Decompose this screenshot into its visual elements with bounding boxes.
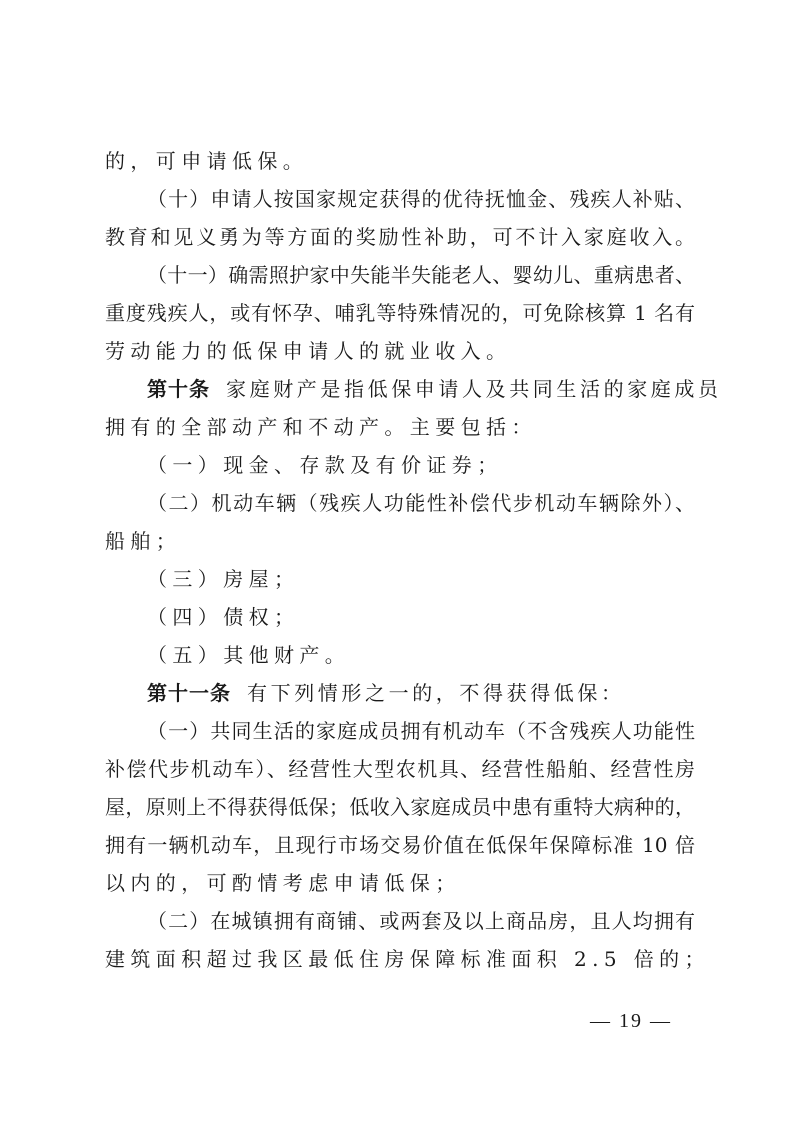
paragraph-line: 拥有一辆机动车，且现行市场交易价值在低保年保障标准 10 倍 xyxy=(105,832,695,858)
paragraph-line: 建筑面积超过我区最低住房保障标准面积 2.5 倍的； xyxy=(105,946,695,972)
list-item: （二）机动车辆（残疾人功能性补偿代步机动车辆除外）、 xyxy=(105,490,695,516)
document-page: 的，可申请低保。 （十）申请人按国家规定获得的优待抚恤金、残疾人补贴、 教育和见… xyxy=(0,0,793,1122)
list-item: （二）在城镇拥有商铺、或两套及以上商品房，且人均拥有 xyxy=(105,908,695,934)
paragraph-line: 拥有的全部动产和不动产。主要包括： xyxy=(105,414,695,440)
article-text: 有下列情形之一的，不得获得低保： xyxy=(247,681,625,705)
list-item: （三）房屋； xyxy=(105,566,695,592)
paragraph-line: （十）申请人按国家规定获得的优待抚恤金、残疾人补贴、 xyxy=(105,186,695,212)
article-10-line: 第十条家庭财产是指低保申请人及共同生活的家庭成员 xyxy=(105,376,695,402)
list-item: （四）债权； xyxy=(105,604,695,630)
list-item: （一）共同生活的家庭成员拥有机动车（不含残疾人功能性 xyxy=(105,718,695,744)
paragraph-line: 教育和见义勇为等方面的奖励性补助，可不计入家庭收入。 xyxy=(105,224,695,250)
article-heading: 第十一条 xyxy=(147,681,231,705)
paragraph-line: 以内的，可酌情考虑申请低保； xyxy=(105,870,695,896)
paragraph-line: （十一）确需照护家中失能半失能老人、婴幼儿、重病患者、 xyxy=(105,262,695,288)
article-text: 家庭财产是指低保申请人及共同生活的家庭成员 xyxy=(226,377,722,401)
paragraph-line: 的，可申请低保。 xyxy=(105,148,695,174)
paragraph-line: 劳动能力的低保申请人的就业收入。 xyxy=(105,338,695,364)
list-item: （一）现金、存款及有价证券； xyxy=(105,452,695,478)
article-11-line: 第十一条有下列情形之一的，不得获得低保： xyxy=(105,680,695,706)
paragraph-line: 船舶； xyxy=(105,528,695,554)
list-item: （五）其他财产。 xyxy=(105,642,695,668)
paragraph-line: 重度残疾人，或有怀孕、哺乳等特殊情况的，可免除核算 1 名有 xyxy=(105,300,695,326)
paragraph-line: 屋，原则上不得获得低保；低收入家庭成员中患有重特大病种的， xyxy=(105,794,695,820)
paragraph-line: 补偿代步机动车）、经营性大型农机具、经营性船舶、经营性房 xyxy=(105,756,695,782)
article-heading: 第十条 xyxy=(147,377,210,401)
page-number: — 19 — xyxy=(590,1010,672,1033)
